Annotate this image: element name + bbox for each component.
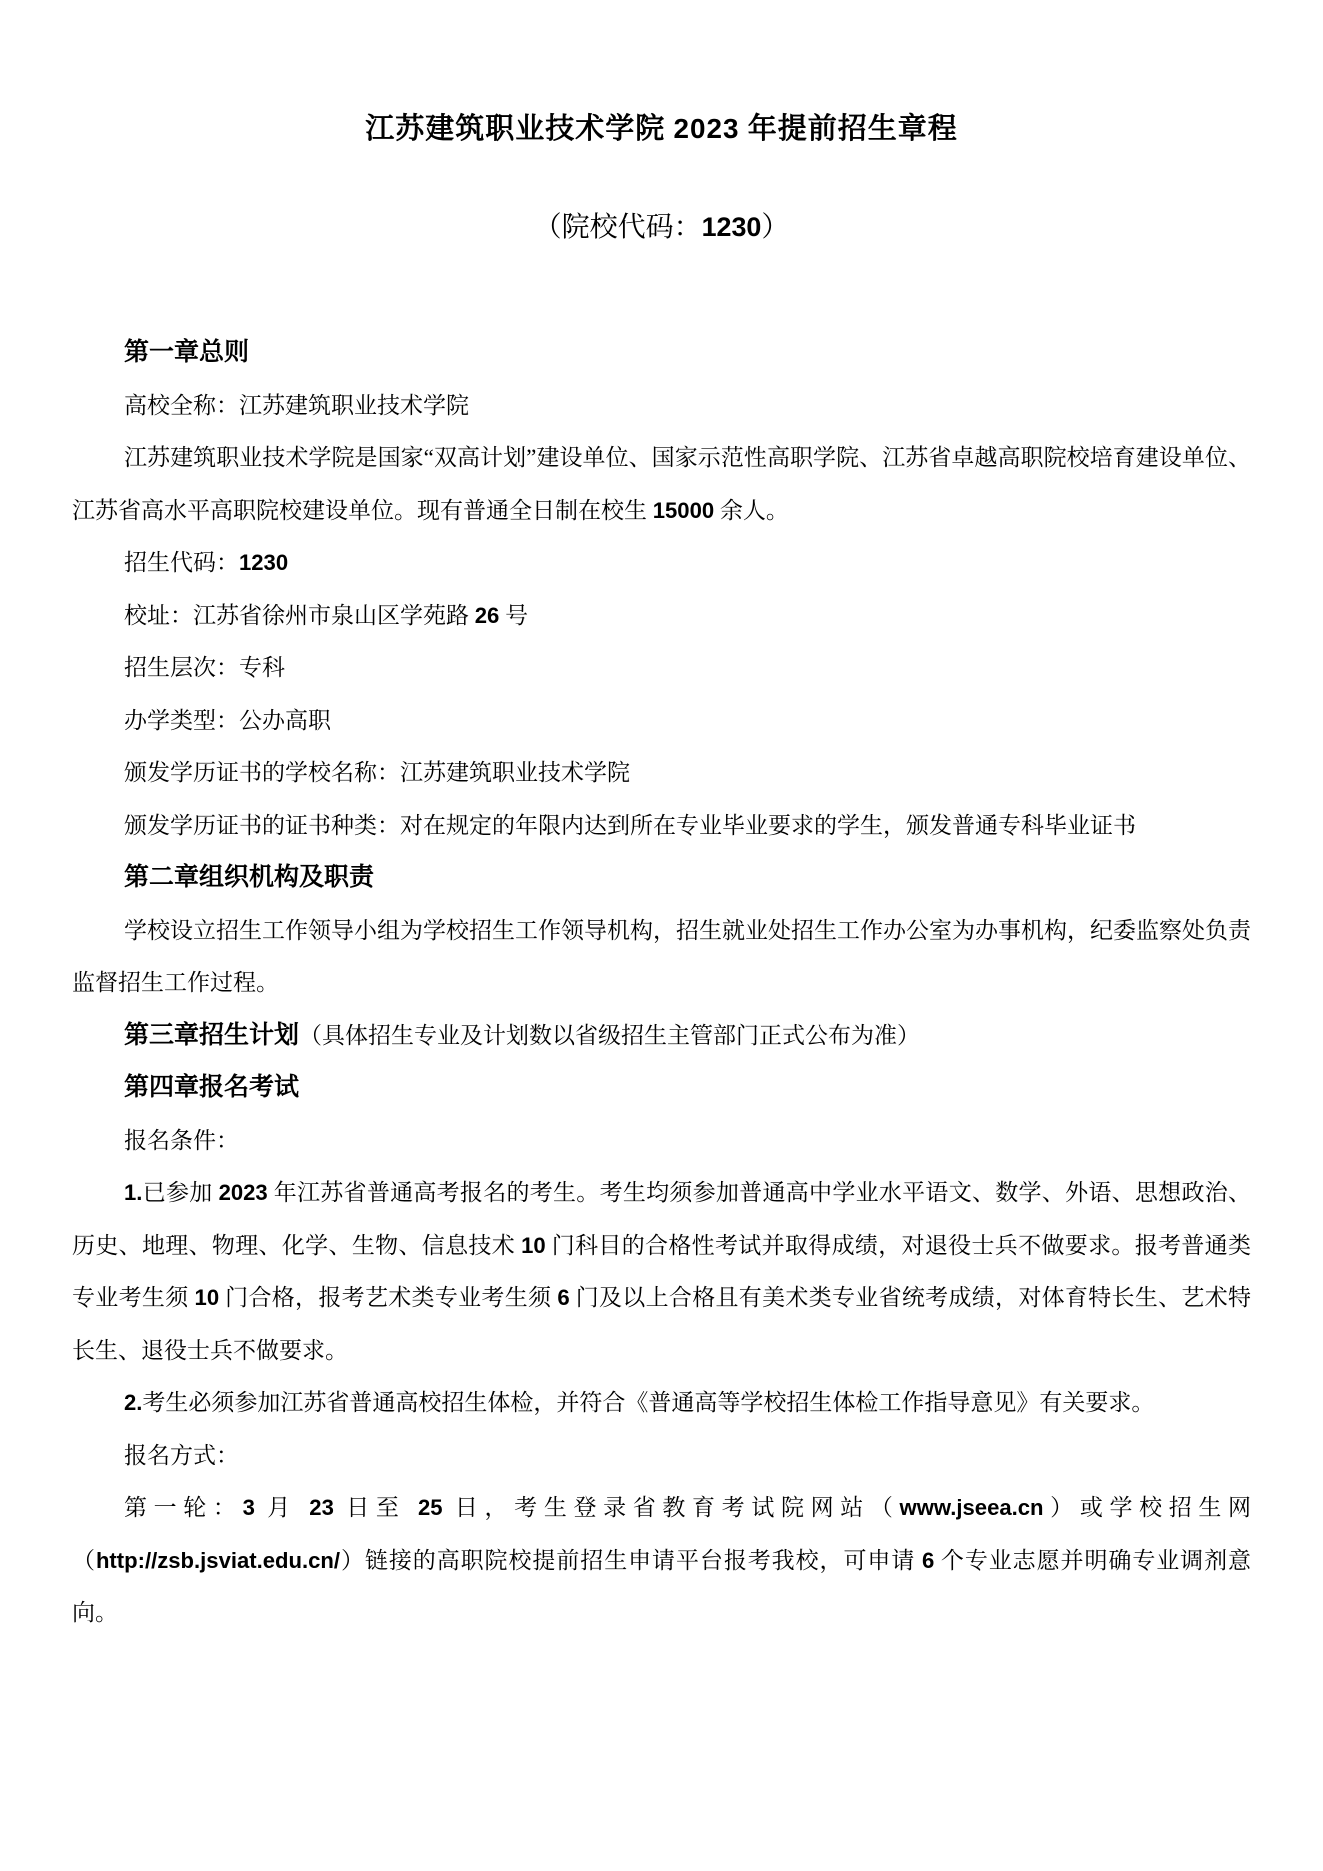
paragraph-organization: 学校设立招生工作领导小组为学校招生工作领导机构，招生就业处招生工作办公室为办事机… [72, 905, 1251, 1010]
paragraph-condition-2: 2.考生必须参加江苏省普通高校招生体检，并符合《普通高等学校招生体检工作指导意见… [72, 1377, 1251, 1430]
paragraph-condition-1: 1.已参加 2023 年江苏省普通高考报名的考生。考生均须参加普通高中学业水平语… [72, 1167, 1251, 1377]
paragraph-certificate-school-name: 颁发学历证书的学校名称：江苏建筑职业技术学院 [72, 747, 1251, 800]
paragraph-round-1: 第一轮：3 月 23 日至 25 日，考生登录省教育考试院网站（www.jsee… [72, 1482, 1251, 1640]
paragraph-certificate-kind: 颁发学历证书的证书种类：对在规定的年限内达到所在专业毕业要求的学生，颁发普通专科… [72, 800, 1251, 853]
chapter2-heading: 第二章组织机构及职责 [72, 852, 1251, 905]
chapter3-line: 第三章招生计划（具体招生专业及计划数以省级招生主管部门正式公布为准） [72, 1010, 1251, 1063]
document-title: 江苏建筑职业技术学院 2023 年提前招生章程 [0, 0, 1323, 150]
document-body: 第一章总则 高校全称：江苏建筑职业技术学院 江苏建筑职业技术学院是国家“双高计划… [0, 327, 1323, 1640]
paragraph-school-type: 办学类型：公办高职 [72, 695, 1251, 748]
paragraph-admission-code: 招生代码：1230 [72, 537, 1251, 590]
chapter1-heading: 第一章总则 [72, 327, 1251, 380]
chapter3-note: （具体招生专业及计划数以省级招生主管部门正式公布为准） [299, 1023, 920, 1048]
paragraph-university-intro: 江苏建筑职业技术学院是国家“双高计划”建设单位、国家示范性高职学院、江苏省卓越高… [72, 432, 1251, 537]
chapter4-heading: 第四章报名考试 [72, 1062, 1251, 1115]
chapter3-heading: 第三章招生计划 [124, 1022, 299, 1049]
document-page: 江苏建筑职业技术学院 2023 年提前招生章程 （院校代码：1230） 第一章总… [0, 0, 1323, 1871]
document-subtitle: （院校代码：1230） [0, 206, 1323, 249]
paragraph-conditions-label: 报名条件： [72, 1115, 1251, 1168]
paragraph-admission-level: 招生层次：专科 [72, 642, 1251, 695]
paragraph-campus-address: 校址：江苏省徐州市泉山区学苑路 26 号 [72, 590, 1251, 643]
paragraph-university-full-name: 高校全称：江苏建筑职业技术学院 [72, 380, 1251, 433]
paragraph-method-label: 报名方式： [72, 1430, 1251, 1483]
